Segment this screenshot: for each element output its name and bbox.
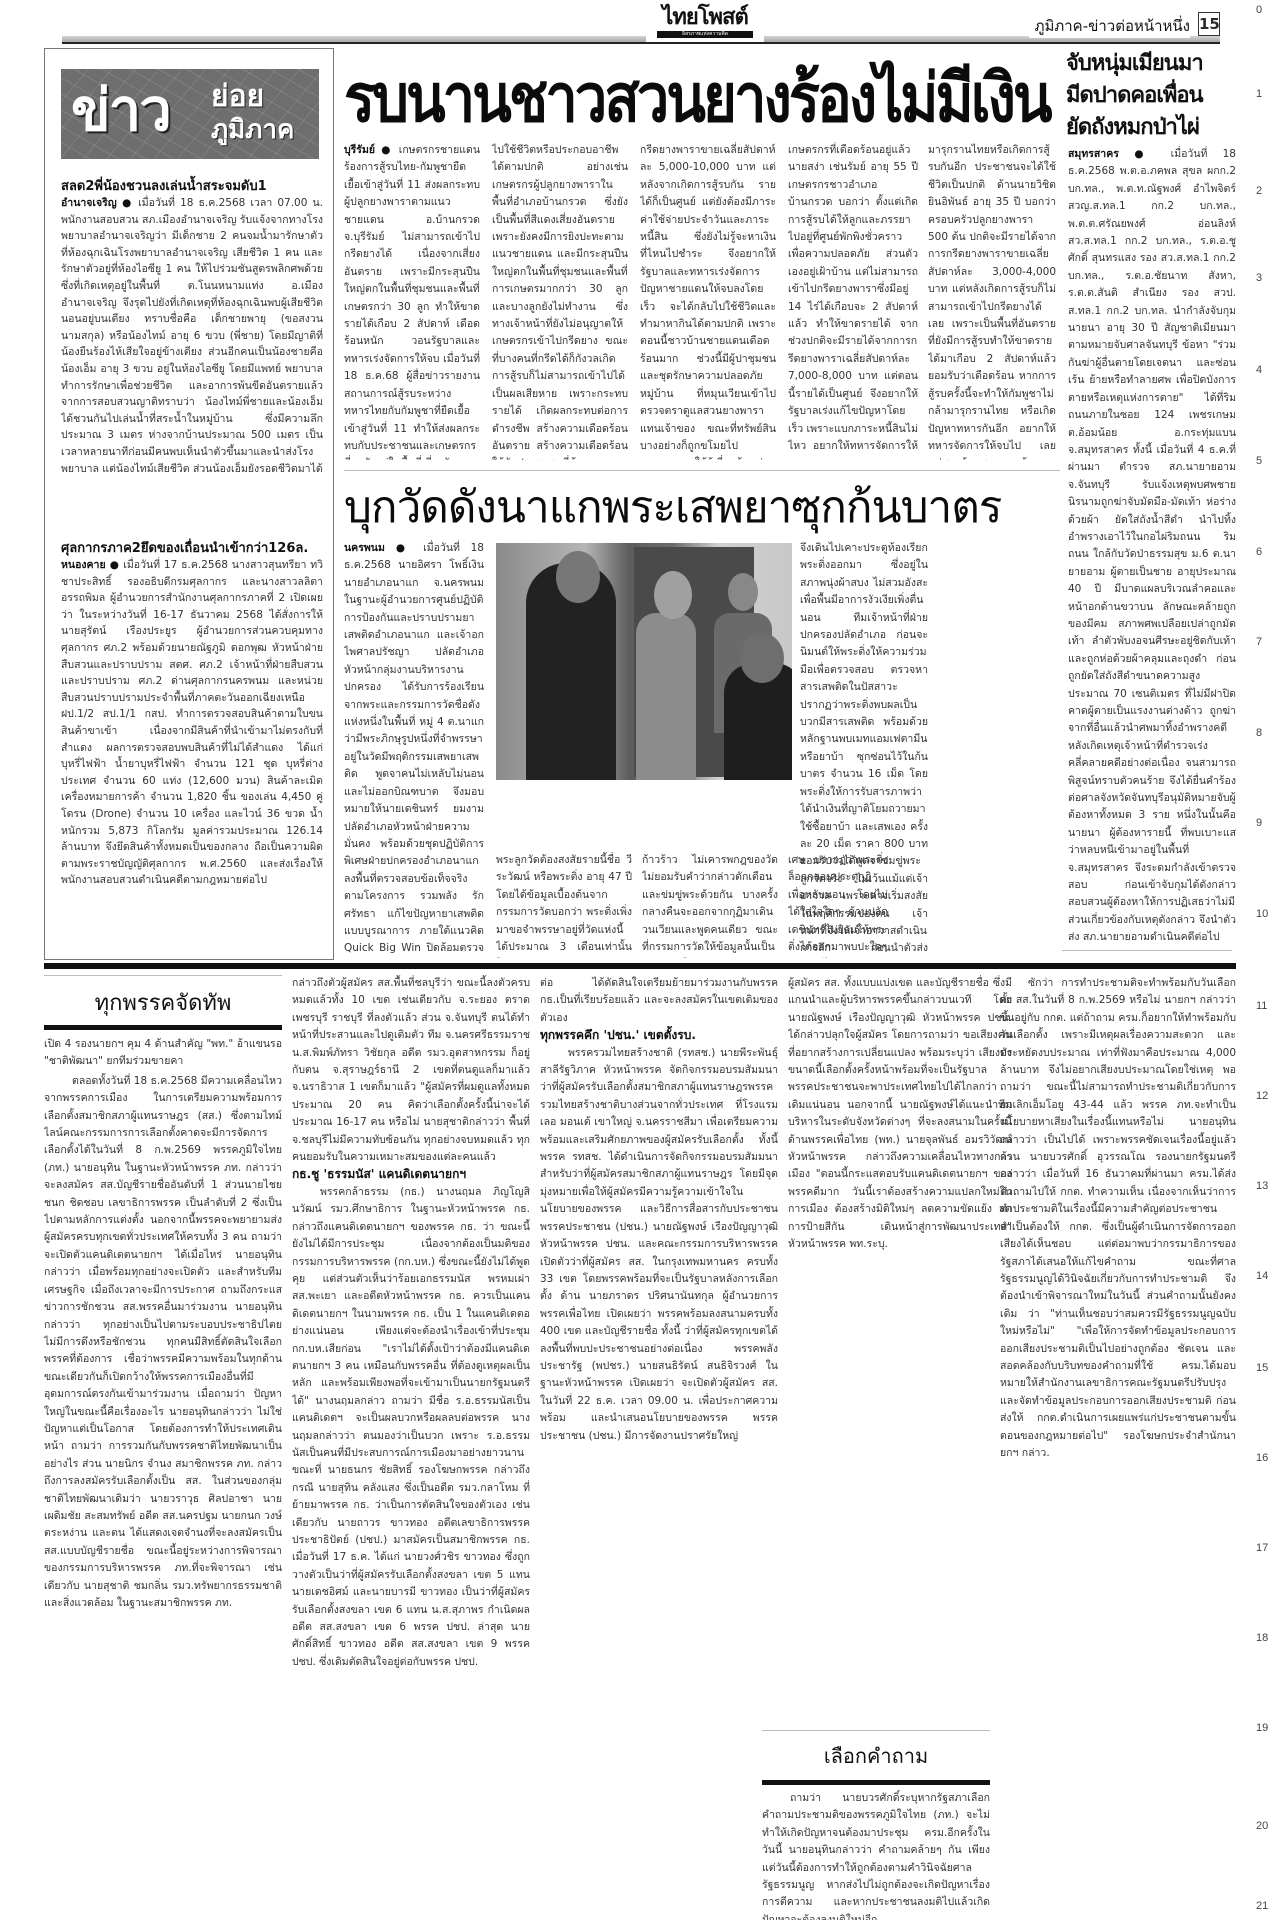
article-column: กรีดยางพาราขายเฉลี่ยสัปดาห์ละ 5,000-10,0… [640, 142, 776, 460]
brief-banner: ข่าว ย่อย ภูมิภาค [61, 69, 319, 159]
politics-column: ถามว่า นายบวรศักดิ์ระบุหากรัฐสภาเลือกคำถ… [762, 1790, 990, 1920]
row-number: 15 [1256, 1362, 1268, 1374]
row-number: 1 [1256, 88, 1262, 100]
politics-deck: เปิด 4 รองนายกฯ คุม 4 ด้านสำคัญ "พท." อ้… [44, 1036, 282, 1071]
article-column: เกษตรกรที่เดือดร้อนอยู่แล้ว นายสง่า เช่น… [788, 142, 918, 460]
side-article: สมุทรสาคร ● เมื่อวันที่ 18 ธ.ค.2568 พ.ต.… [1068, 146, 1236, 956]
headline-rule [762, 1780, 990, 1785]
dateline: สมุทรสาคร ● [1068, 148, 1155, 160]
masthead-rule-dark [62, 42, 1220, 44]
brief-headline: ศุลกากรภาค2ยึดของเถื่อนนำเข้ากว่า126ล. [61, 537, 323, 558]
side-headline-line: ยัดถังหมกป่าไผ่ [1066, 112, 1236, 144]
politics-column: ผู้สมัคร สส. ทั้งแบบแบ่งเขต และบัญชีรายช… [788, 975, 1012, 1730]
article-text: ตลอดทั้งวันที่ 18 ธ.ค.2568 มีความเคลื่อน… [44, 1073, 282, 1613]
section-divider [44, 963, 1236, 969]
brief-body: เมื่อวันที่ 18 ธ.ค.2568 เวลา 07.00 น. พน… [61, 197, 323, 475]
article-column: บุรีรัมย์ ● เกษตรกรชายแดนร้องการสู้รบไทย… [344, 142, 480, 460]
row-number: 8 [1256, 727, 1262, 739]
brief-banner-title: ข่าว [71, 75, 170, 145]
newspaper-page: ไทยโพสต์ อิสรภาพแห่งความคิด ภูมิภาค-ข่าว… [0, 0, 1278, 1920]
politics-column: ต่อ ได้ตัดสินใจเตรียมย้ายมาร่วมงานกับพรร… [540, 975, 778, 1920]
row-number: 10 [1256, 908, 1268, 920]
dateline: บุรีรัมย์ ● [344, 144, 393, 156]
subsection-headline: เลือกคำถาม [762, 1740, 990, 1772]
masthead: ไทยโพสต์ อิสรภาพแห่งความคิด ภูมิภาค-ข่าว… [62, 0, 1220, 44]
article-column: มารุกรานไทยหรือเกิดการสู้รบกันอีก ประชาช… [928, 142, 1056, 460]
row-number: 14 [1256, 1270, 1268, 1282]
article-text: ต่อ ได้ตัดสินใจเตรียมย้ายมาร่วมงานกับพรร… [540, 975, 778, 1027]
divider [344, 470, 1060, 471]
brief-article: หนองคาย ● เมื่อวันที่ 17 ธ.ค.2568 นางสาว… [61, 557, 323, 952]
row-number: 20 [1256, 1820, 1268, 1832]
subheading: กธ.ชู 'ธรรมนัส' แคนดิเดตนายกฯ [292, 1166, 530, 1183]
headline-rule [44, 1025, 282, 1030]
side-headline-line: จับหนุ่มเมียนมา [1066, 48, 1236, 80]
page-number: 15 [1198, 12, 1220, 36]
dateline: หนองคาย ● [61, 559, 119, 571]
logo-text: ไทยโพสต์ [646, 6, 764, 30]
article-column: ไปใช้ชีวิตหรือประกอบอาชีพได้ตามปกติ อย่า… [492, 142, 628, 460]
news-photo [496, 543, 792, 780]
dateline: อำนาจเจริญ ● [61, 197, 133, 209]
politics-column: กล่าวถึงตัวผู้สมัคร สส.พื้นที่ชลบุรีว่า … [292, 975, 530, 1920]
section-label: ภูมิภาค-ข่าวต่อหน้าหนึ่ง [1029, 14, 1190, 38]
article-column: นครพนม ● เมื่อวันที่ 18 ธ.ค.2568 นายอิศร… [344, 540, 484, 958]
row-number: 4 [1256, 364, 1262, 376]
row-number: 0 [1256, 4, 1262, 16]
article-text: พรรครวมไทยสร้างชาติ (รทสช.) นายพีระพันธุ… [540, 1045, 778, 1445]
second-headline: บุกวัดดังนาแกพระเสพยาซุกก้นบาตร [344, 478, 1064, 538]
newspaper-logo: ไทยโพสต์ อิสรภาพแห่งความคิด [646, 6, 764, 42]
side-headline: จับหนุ่มเมียนมา มีดปาดคอเพื่อน ยัดถังหมก… [1066, 48, 1236, 144]
row-number: 12 [1256, 1090, 1268, 1102]
article-text: พรรคกล้าธรรม (กธ.) นางนฤมล ภิญโญสินวัฒน์… [292, 1184, 530, 1671]
row-number: 18 [1256, 1632, 1268, 1644]
row-number: 17 [1256, 1542, 1268, 1554]
article-column: พระลูกวัดต้องสงสัยรายนี้ชื่อ วีระวัฒน์ ห… [496, 852, 632, 958]
row-number: 3 [1256, 272, 1262, 284]
article-text: เมื่อวันที่ 18 ธ.ค.2568 พ.ต.อ.ภคพล สุขล … [1068, 148, 1236, 943]
news-brief-box: ข่าว ย่อย ภูมิภาค สลด2พี่น้องชวนลงเล่นน้… [44, 48, 334, 960]
politics-column: ซักว่า การทำประชามติจะทำพร้อมกับวันเลือก… [1000, 975, 1236, 1920]
subheading: ทุกพรรคคึก 'ปชน.' เขตตั้งรบ. [540, 1027, 778, 1044]
row-number: 19 [1256, 1722, 1268, 1734]
row-number: 6 [1256, 546, 1262, 558]
row-number: 21 [1256, 1900, 1268, 1912]
politics-headline: ทุกพรรคจัดทัพ [44, 985, 282, 1020]
article-column: จึงเดินไปเคาะประตูห้องเรียกพระติ่งออกมา … [800, 540, 928, 958]
row-number: 13 [1256, 1180, 1268, 1192]
brief-headline: สลด2พี่น้องชวนลงเล่นน้ำสระจมดับ1 [61, 175, 323, 196]
side-headline-line: มีดปาดคอเพื่อน [1066, 80, 1236, 112]
dateline: นครพนม ● [344, 542, 412, 554]
row-number: 11 [1256, 1000, 1267, 1012]
row-number: 16 [1256, 1452, 1268, 1464]
row-number: 7 [1256, 636, 1262, 648]
row-number: 9 [1256, 817, 1262, 829]
brief-body: เมื่อวันที่ 17 ธ.ค.2568 นางสาวสุนทรียา ท… [61, 559, 323, 886]
brief-banner-subtitle: ย่อย [211, 81, 264, 113]
logo-tagline: อิสรภาพแห่งความคิด [657, 31, 753, 38]
article-column: ก้าวร้าว ไม่เคารพกฎของวัด ไม่ยอมรับคำว่า… [642, 852, 778, 958]
divider [762, 1730, 990, 1731]
divider [1062, 950, 1232, 951]
divider [44, 975, 282, 976]
article-text: เกษตรกรชายแดนร้องการสู้รบไทย-กัมพูชายืดเ… [344, 144, 480, 460]
row-number: 2 [1256, 185, 1262, 197]
brief-article: อำนาจเจริญ ● เมื่อวันที่ 18 ธ.ค.2568 เวล… [61, 195, 323, 525]
main-headline: รบนานชาวสวนยางร้องไม่มีเงิน [344, 52, 1064, 144]
row-number: 5 [1256, 455, 1262, 467]
article-text: เมื่อวันที่ 18 ธ.ค.2568 นายอิศรา โพธิ์เง… [344, 542, 484, 958]
article-text: กล่าวถึงตัวผู้สมัคร สส.พื้นที่ชลบุรีว่า … [292, 975, 530, 1166]
politics-column: เปิด 4 รองนายกฯ คุม 4 ด้านสำคัญ "พท." อ้… [44, 1036, 282, 1920]
brief-banner-region: ภูมิภาค [211, 115, 294, 145]
